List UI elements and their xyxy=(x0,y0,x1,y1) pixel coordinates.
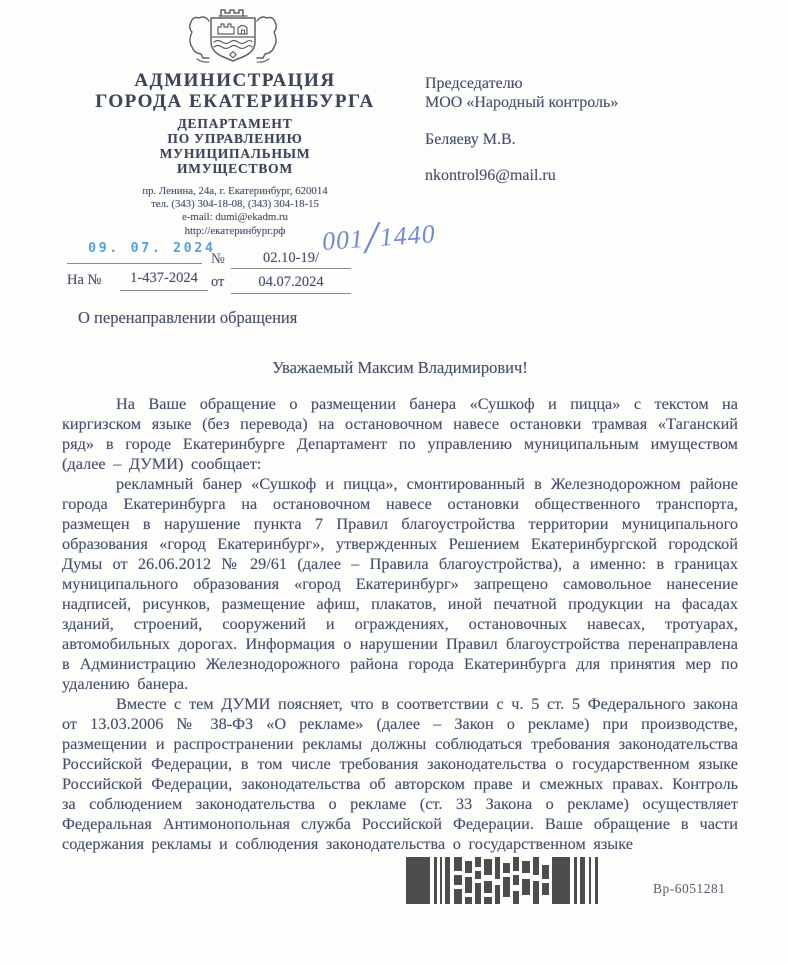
org-name-line1: АДМИНИСТРАЦИЯ xyxy=(25,70,445,91)
letter-body: На Ваше обращение о размещении банера «С… xyxy=(62,394,738,854)
body-paragraph-2: рекламный банер «Сушкоф и пицца», смонти… xyxy=(62,474,738,694)
barcode-label: Вр-6051281 xyxy=(653,881,726,897)
number-sign-label: № xyxy=(211,251,225,268)
phone-numbers: тел. (343) 304-18-08, (343) 304-18-15 xyxy=(25,198,445,211)
recipient-block: Председателю МОО «Народный контроль» Бел… xyxy=(425,74,618,185)
subject-line: О перенаправлении обращения xyxy=(78,308,297,328)
incoming-date: 04.07.2024 xyxy=(231,274,351,291)
sender-letterhead: АДМИНИСТРАЦИЯ ГОРОДА ЕКАТЕРИНБУРГА ДЕПАР… xyxy=(25,70,445,238)
barcode xyxy=(406,857,601,904)
recipient-organization: МОО «Народный контроль» xyxy=(425,93,618,112)
incoming-date-underline xyxy=(231,293,351,294)
incoming-number-underline xyxy=(120,290,208,291)
registration-date-stamp: 09. 07. 2024 xyxy=(88,240,216,256)
recipient-position: Председателю xyxy=(425,74,618,93)
from-label: от xyxy=(211,274,224,291)
date-underline xyxy=(67,263,202,264)
body-paragraph-1: На Ваше обращение о размещении банера «С… xyxy=(62,394,738,474)
org-name-line2: ГОРОДА ЕКАТЕРИНБУРГА xyxy=(25,91,445,112)
body-paragraph-3: Вместе с тем ДУМИ поясняет, что в соотве… xyxy=(62,694,738,854)
incoming-ref-label: На № xyxy=(67,272,101,289)
department-name: ДЕПАРТАМЕНТ ПО УПРАВЛЕНИЮ МУНИЦИПАЛЬНЫМ … xyxy=(25,116,445,176)
salutation: Уважаемый Максим Владимирович! xyxy=(62,358,738,378)
coat-of-arms-icon xyxy=(168,6,300,68)
recipient-name: Беляеву М.В. xyxy=(425,130,618,149)
recipient-email: nkontrol96@mail.ru xyxy=(425,166,618,185)
outgoing-number-underline xyxy=(231,268,351,269)
postal-address: пр. Ленина, 24а, г. Екатеринбург, 620014 xyxy=(25,185,445,198)
scanned-letter-page: АДМИНИСТРАЦИЯ ГОРОДА ЕКАТЕРИНБУРГА ДЕПАР… xyxy=(0,0,788,965)
incoming-number: 1-437-2024 xyxy=(120,270,208,287)
handwritten-number: 001/1440 xyxy=(321,219,437,257)
